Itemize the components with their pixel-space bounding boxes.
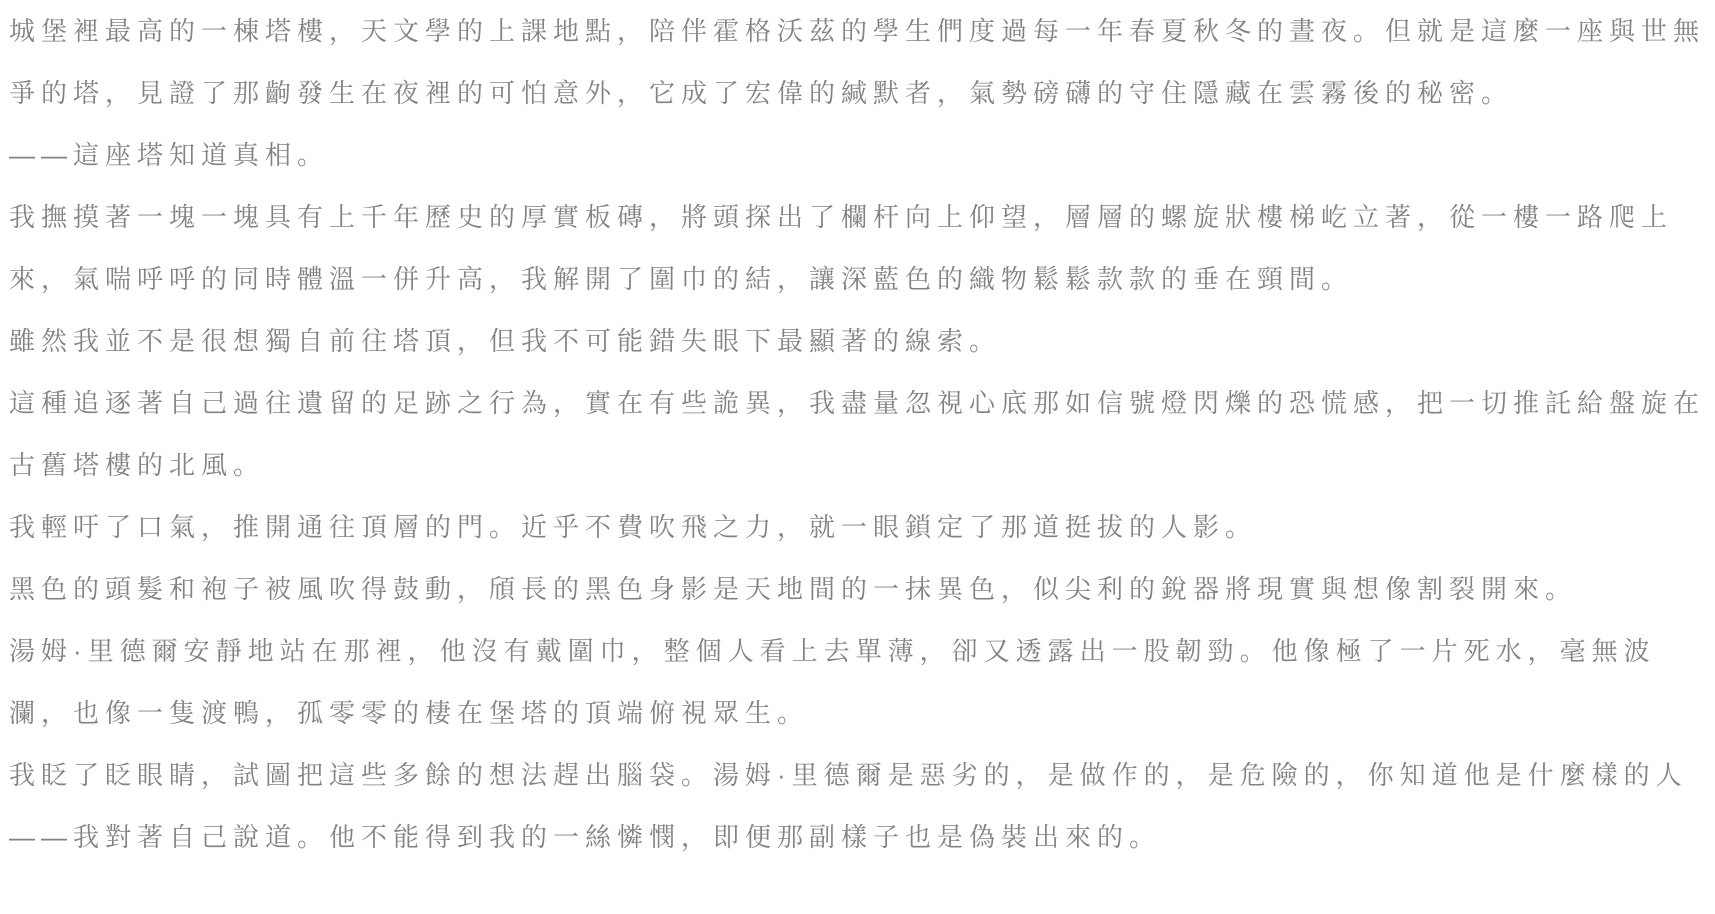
paragraph: 城堡裡最高的一棟塔樓，天文學的上課地點，陪伴霍格沃茲的學生們度過每一年春夏秋冬的… — [9, 0, 1705, 124]
paragraph: 我輕吁了口氣，推開通往頂層的門。近乎不費吹飛之力，就一眼鎖定了那道挺拔的人影。 — [9, 496, 1705, 558]
paragraph: 我撫摸著一塊一塊具有上千年歷史的厚實板磚，將頭探出了欄杆向上仰望，層層的螺旋狀樓… — [9, 186, 1705, 310]
paragraph: 雖然我並不是很想獨自前往塔頂，但我不可能錯失眼下最顯著的線索。 — [9, 310, 1705, 372]
paragraph: 我眨了眨眼睛，試圖把這些多餘的想法趕出腦袋。湯姆·里德爾是惡劣的，是做作的，是危… — [9, 744, 1705, 868]
paragraph: 黑色的頭髮和袍子被風吹得鼓動，頎長的黑色身影是天地間的一抹異色，似尖利的銳器將現… — [9, 558, 1705, 620]
page: 城堡裡最高的一棟塔樓，天文學的上課地點，陪伴霍格沃茲的學生們度過每一年春夏秋冬的… — [0, 0, 1715, 914]
paragraph: 湯姆·里德爾安靜地站在那裡，他沒有戴圍巾，整個人看上去單薄，卻又透露出一股韌勁。… — [9, 620, 1705, 744]
paragraph: ——這座塔知道真相。 — [9, 124, 1705, 186]
article-text: 城堡裡最高的一棟塔樓，天文學的上課地點，陪伴霍格沃茲的學生們度過每一年春夏秋冬的… — [9, 0, 1705, 868]
paragraph: 這種追逐著自己過往遺留的足跡之行為，實在有些詭異，我盡量忽視心底那如信號燈閃爍的… — [9, 372, 1705, 496]
